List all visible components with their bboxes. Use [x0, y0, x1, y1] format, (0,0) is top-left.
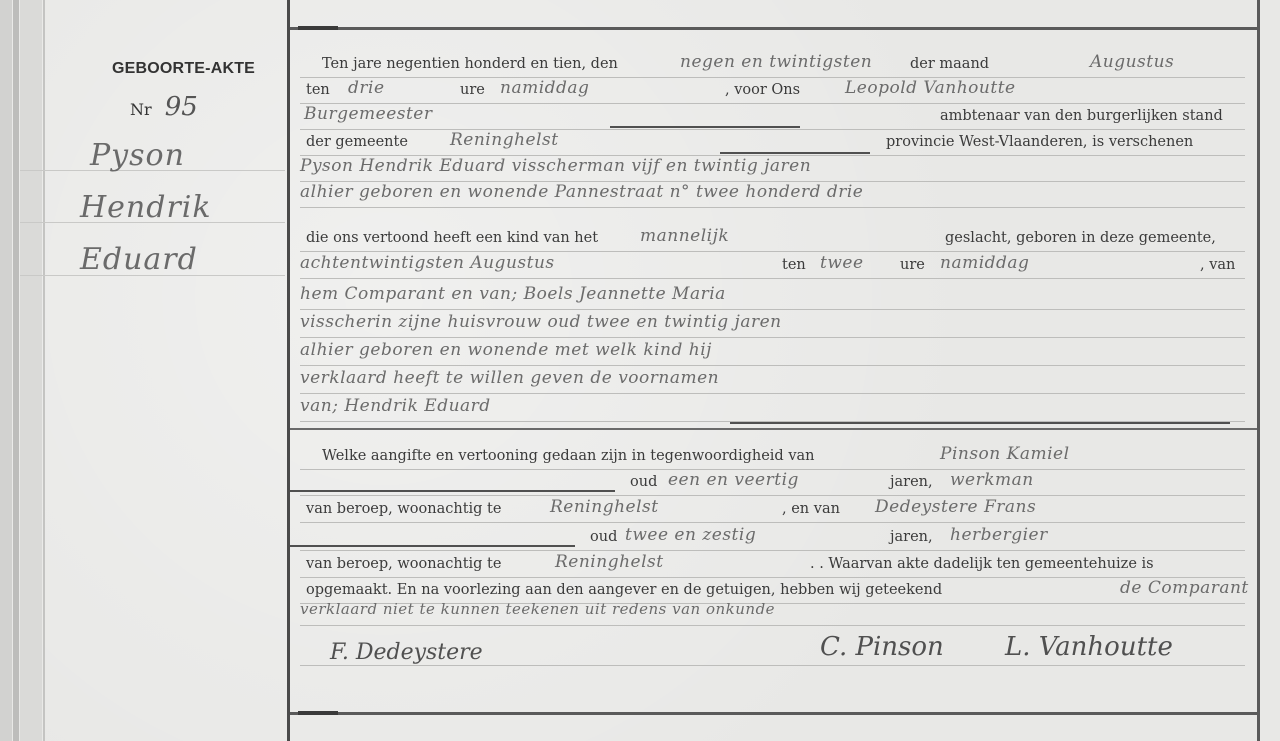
handwritten-residence: Reninghelst [555, 552, 664, 572]
printed-text: der gemeente [306, 134, 408, 150]
record-line-12: verklaard heeft te willen geven de voorn… [300, 368, 1245, 398]
handwritten-mother: visscherin zijne huisvrouw oud twee en t… [300, 312, 782, 332]
handwritten-age: een en veertig [668, 470, 799, 490]
handwritten-official: Leopold Vanhoutte [845, 78, 1016, 98]
printed-text: jaren, [890, 529, 933, 545]
printed-text: der maand [910, 56, 989, 72]
printed-text: ten [306, 82, 330, 98]
printed-text: provincie West-Vlaanderen, is verschenen [886, 134, 1193, 150]
akte-number: Nr 95 [130, 92, 198, 122]
printed-text: , voor Ons [725, 82, 800, 98]
record-line-16: van beroep, woonachtig te Reninghelst , … [300, 497, 1245, 527]
record-line-8: achtentwintigsten Augustus ten twee ure … [300, 253, 1245, 283]
record-line-10: visscherin zijne huisvrouw oud twee en t… [300, 312, 1245, 342]
printed-text: , van [1200, 257, 1235, 273]
record-line-13: van; Hendrik Eduard [300, 396, 1245, 426]
handwritten-age: twee en zestig [625, 525, 756, 545]
akte-title: GEBOORTE-AKTE [112, 60, 255, 78]
record-line-17: oud twee en zestig jaren, herbergier [300, 525, 1245, 555]
printed-text: Welke aangifte en vertooning gedaan zijn… [322, 448, 815, 464]
handwritten-witness-1: Pinson Kamiel [940, 444, 1070, 464]
number-label: Nr [130, 100, 152, 119]
left-frame-line [287, 0, 290, 741]
margin-surname: Pyson [90, 138, 185, 173]
handwritten-hour: drie [348, 78, 385, 98]
binding-rule [43, 0, 45, 741]
printed-text: jaren, [890, 474, 933, 490]
handwritten-child-names: van; Hendrik Eduard [300, 396, 491, 416]
handwritten-declaration: verklaard heeft te willen geven de voorn… [300, 368, 719, 388]
printed-text: van beroep, woonachtig te [306, 556, 501, 572]
record-line-11: alhier geboren en wonende met welk kind … [300, 340, 1245, 370]
binding-edge [0, 0, 12, 741]
signature-line [300, 640, 1245, 670]
printed-text: ambtenaar van den burgerlijken stand [940, 108, 1223, 124]
margin-middlename: Eduard [80, 242, 198, 277]
handwritten-parents: hem Comparant en van; Boels Jeannette Ma… [300, 284, 726, 304]
register-page: GEBOORTE-AKTE Nr 95 Pyson Hendrik Eduard… [0, 0, 1280, 741]
handwritten-residence: Reninghelst [550, 497, 659, 517]
handwritten-sex: mannelijk [640, 226, 729, 246]
handwritten-occupation: herbergier [950, 525, 1048, 545]
handwritten-occupation: werkman [950, 470, 1034, 490]
printed-text: oud [590, 529, 617, 545]
printed-text: Ten jare negentien honderd en tien, den [322, 56, 618, 72]
handwritten-municipality: Reninghelst [450, 130, 559, 150]
binding-shadow [13, 0, 19, 741]
record-line-7: die ons vertoond heeft een kind van het … [300, 226, 1245, 256]
printed-text: ure [900, 257, 925, 273]
handwritten-month: Augustus [1090, 52, 1174, 72]
handwritten-hour: twee [820, 253, 864, 273]
handwritten-residence: alhier geboren en wonende met welk kind … [300, 340, 712, 360]
printed-text: geslacht, geboren in deze gemeente, [945, 230, 1216, 246]
printed-text: van beroep, woonachtig te [306, 501, 501, 517]
binding-strip [20, 0, 42, 741]
handwritten-title: Burgemeester [304, 104, 433, 124]
printed-text: . . Waarvan akte dadelijk ten gemeentehu… [810, 556, 1154, 572]
handwritten-time: namiddag [940, 253, 1029, 273]
right-frame-line [1257, 0, 1260, 741]
record-line-20: verklaard niet te kunnen teekenen uit re… [300, 600, 1245, 630]
printed-text: ure [460, 82, 485, 98]
printed-text: ten [782, 257, 806, 273]
handwritten-birthdate: achtentwintigsten Augustus [300, 253, 555, 273]
mid-section-divider [290, 428, 1257, 430]
record-line-9: hem Comparant en van; Boels Jeannette Ma… [300, 284, 1245, 314]
printed-text: die ons vertoond heeft een kind van het [306, 230, 598, 246]
printed-text: , en van [782, 501, 840, 517]
handwritten-note: de Comparant [1120, 578, 1249, 598]
handwritten-day: negen en twintigsten [680, 52, 872, 72]
handwritten-time: namiddag [500, 78, 589, 98]
printed-text: oud [630, 474, 657, 490]
printed-text: opgemaakt. En na voorlezing aan den aang… [306, 582, 942, 598]
handwritten-witness-2: Dedeystere Frans [875, 497, 1036, 517]
handwritten-declarant: Pyson Hendrik Eduard visscherman vijf en… [300, 156, 811, 176]
bottom-section-divider [290, 712, 1257, 715]
handwritten-residence: alhier geboren en wonende Pannestraat n°… [300, 182, 863, 202]
top-section-divider [290, 27, 1257, 30]
record-line-6: alhier geboren en wonende Pannestraat n°… [300, 182, 1245, 212]
handwritten-note: verklaard niet te kunnen teekenen uit re… [300, 600, 775, 618]
number-value: 95 [165, 92, 198, 122]
margin-firstname: Hendrik [80, 190, 212, 225]
record-line-15: oud een en veertig jaren, werkman [300, 470, 1245, 500]
